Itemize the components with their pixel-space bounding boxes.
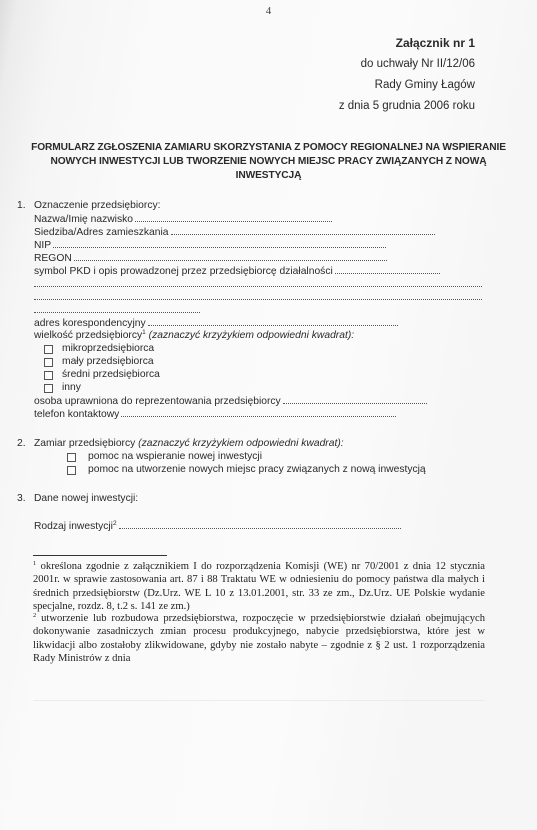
section-heading: Oznaczenie przedsiębiorcy: [34, 199, 160, 212]
field-investment-type[interactable]: Rodzaj inwestycji2 [34, 519, 401, 533]
annex-title: Załącznik nr 1 [339, 33, 475, 54]
fill-line[interactable] [34, 277, 482, 287]
fill-line[interactable] [283, 394, 427, 404]
section-number: 3. [17, 492, 26, 505]
size-label: wielkość przedsiębiorcy1 (zaznaczyć krzy… [34, 329, 354, 342]
section-number: 1. [17, 199, 26, 212]
size-hint: (zaznaczyć krzyżykiem odpowiedni kwadrat… [149, 330, 354, 341]
annex-date: z dnia 5 grudnia 2006 roku [339, 96, 475, 117]
section-heading-text: Zamiar przedsiębiorcy [34, 438, 135, 449]
option-label: mały przedsiębiorca [62, 355, 154, 368]
field-label: REGON [34, 253, 72, 264]
checkbox-micro[interactable] [44, 345, 53, 354]
fill-line[interactable] [148, 316, 398, 326]
fill-line[interactable] [121, 407, 396, 417]
option-label: pomoc na utworzenie nowych miejsc pracy … [88, 463, 426, 476]
annex-council: Rady Gminy Łagów [339, 75, 475, 96]
form-title-line: NOWYCH INWESTYCJI LUB TWORZENIE NOWYCH M… [20, 155, 517, 169]
checkbox-new-investment[interactable] [67, 453, 76, 462]
annex-resolution: do uchwały Nr II/12/06 [339, 54, 475, 75]
form-title: FORMULARZ ZGŁOSZENIA ZAMIARU SKORZYSTANI… [20, 141, 517, 183]
form-title-line: FORMULARZ ZGŁOSZENIA ZAMIARU SKORZYSTANI… [20, 141, 517, 155]
footnote-text: utworzenie lub rozbudowa przedsiębiorstw… [33, 613, 485, 664]
fill-line[interactable] [34, 303, 200, 313]
field-label: adres korespondencyjny [34, 318, 146, 329]
footnote-separator [33, 555, 167, 556]
field-label: Rodzaj inwestycji [34, 521, 113, 532]
footnote-2: 2 utworzenie lub rozbudowa przedsiębiors… [33, 612, 485, 666]
fill-line[interactable] [135, 212, 332, 222]
fill-line[interactable] [34, 290, 482, 300]
annex-header: Załącznik nr 1 do uchwały Nr II/12/06 Ra… [339, 33, 475, 117]
bleed-through-rule [33, 700, 485, 701]
checkbox-medium[interactable] [44, 371, 53, 380]
footnote-ref: 1 [142, 329, 146, 336]
footnote-mark: 2 [33, 612, 36, 619]
option-label: inny [62, 381, 81, 394]
fill-line[interactable] [74, 251, 387, 261]
page-number: 4 [0, 5, 537, 17]
fill-line[interactable] [119, 519, 401, 529]
form-title-line: INWESTYCJĄ [20, 169, 517, 183]
section-number: 2. [17, 437, 26, 450]
fill-line[interactable] [335, 264, 440, 274]
footnote-text: określona zgodnie z załącznikiem I do ro… [33, 561, 485, 612]
field-label: osoba uprawniona do reprezentowania prze… [34, 396, 281, 407]
option-label: mikroprzedsiębiorca [62, 342, 154, 355]
size-label-text: wielkość przedsiębiorcy [34, 330, 142, 341]
field-label: symbol PKD i opis prowadzonej przez prze… [34, 266, 333, 277]
fill-line[interactable] [171, 225, 435, 235]
section-hint: (zaznaczyć krzyżykiem odpowiedni kwadrat… [138, 438, 343, 449]
checkbox-new-jobs[interactable] [67, 466, 76, 475]
footnote-ref: 2 [113, 520, 117, 527]
section-heading: Dane nowej inwestycji: [34, 492, 138, 505]
field-phone[interactable]: telefon kontaktowy [34, 407, 396, 421]
section-heading: Zamiar przedsiębiorcy (zaznaczyć krzyżyk… [34, 437, 344, 450]
checkbox-other[interactable] [44, 384, 53, 393]
footnote-1: 1 określona zgodnie z załącznikiem I do … [33, 560, 485, 614]
checkbox-small[interactable] [44, 358, 53, 367]
field-label: telefon kontaktowy [34, 409, 119, 420]
footnote-mark: 1 [33, 560, 36, 567]
fill-line[interactable] [53, 238, 386, 248]
field-label: Siedziba/Adres zamieszkania [34, 227, 169, 238]
option-label: średni przedsiębiorca [62, 368, 160, 381]
field-label: NIP [34, 240, 51, 251]
field-label: Nazwa/Imię nazwisko [34, 214, 133, 225]
option-label: pomoc na wspieranie nowej inwestycji [88, 450, 262, 463]
